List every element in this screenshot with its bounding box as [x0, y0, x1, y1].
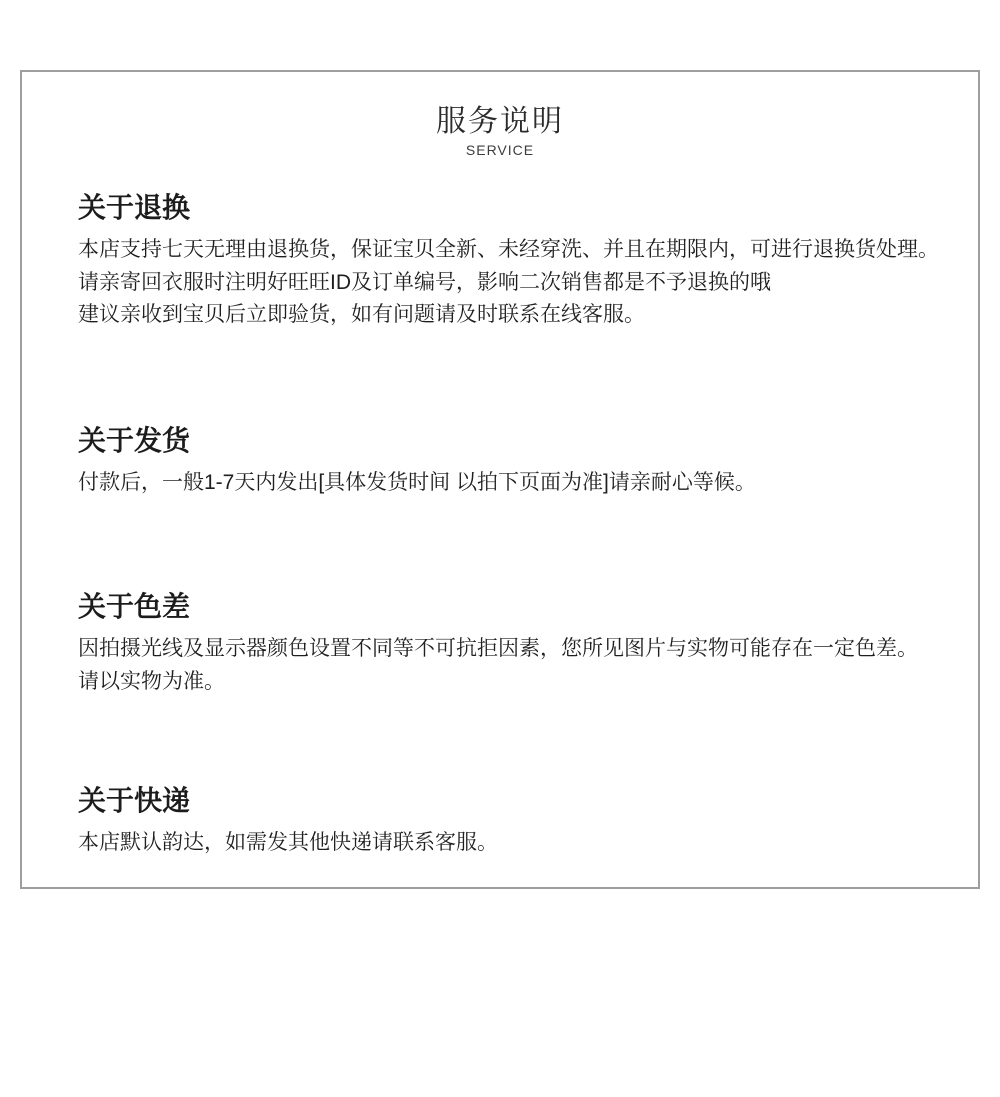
- page-title: 服务说明: [22, 105, 978, 139]
- page-subtitle: SERVICE: [22, 142, 978, 158]
- section-shipping-heading: 关于发货: [78, 423, 958, 458]
- section-returns-heading: 关于退换: [78, 190, 958, 225]
- service-description-page: 服务说明 SERVICE 关于退换 本店支持七天无理由退换货，保证宝贝全新、未经…: [0, 0, 1000, 1097]
- section-returns: 关于退换 本店支持七天无理由退换货，保证宝贝全新、未经穿洗、并且在期限内，可进行…: [78, 190, 958, 332]
- section-color-difference-line: 因拍摄光线及显示器颜色设置不同等不可抗拒因素，您所见图片与实物可能存在一定色差。: [78, 633, 958, 666]
- section-courier: 关于快递 本店默认韵达，如需发其他快递请联系客服。: [78, 783, 958, 860]
- section-shipping: 关于发货 付款后，一般1-7天内发出[具体发货时间 以拍下页面为准]请亲耐心等候…: [78, 423, 958, 500]
- section-returns-line: 请亲寄回衣服时注明好旺旺ID及订单编号，影响二次销售都是不予退换的哦: [78, 267, 958, 300]
- section-color-difference-heading: 关于色差: [78, 589, 958, 624]
- section-color-difference: 关于色差 因拍摄光线及显示器颜色设置不同等不可抗拒因素，您所见图片与实物可能存在…: [78, 589, 958, 698]
- section-courier-heading: 关于快递: [78, 783, 958, 818]
- section-shipping-line: 付款后，一般1-7天内发出[具体发货时间 以拍下页面为准]请亲耐心等候。: [78, 467, 958, 500]
- section-courier-line: 本店默认韵达，如需发其他快递请联系客服。: [78, 827, 958, 860]
- section-returns-line: 建议亲收到宝贝后立即验货，如有问题请及时联系在线客服。: [78, 299, 958, 332]
- title-block: 服务说明 SERVICE: [22, 105, 978, 158]
- section-returns-line: 本店支持七天无理由退换货，保证宝贝全新、未经穿洗、并且在期限内，可进行退换货处理…: [78, 234, 958, 267]
- section-color-difference-line: 请以实物为准。: [78, 666, 958, 699]
- service-panel: 服务说明 SERVICE 关于退换 本店支持七天无理由退换货，保证宝贝全新、未经…: [20, 70, 980, 889]
